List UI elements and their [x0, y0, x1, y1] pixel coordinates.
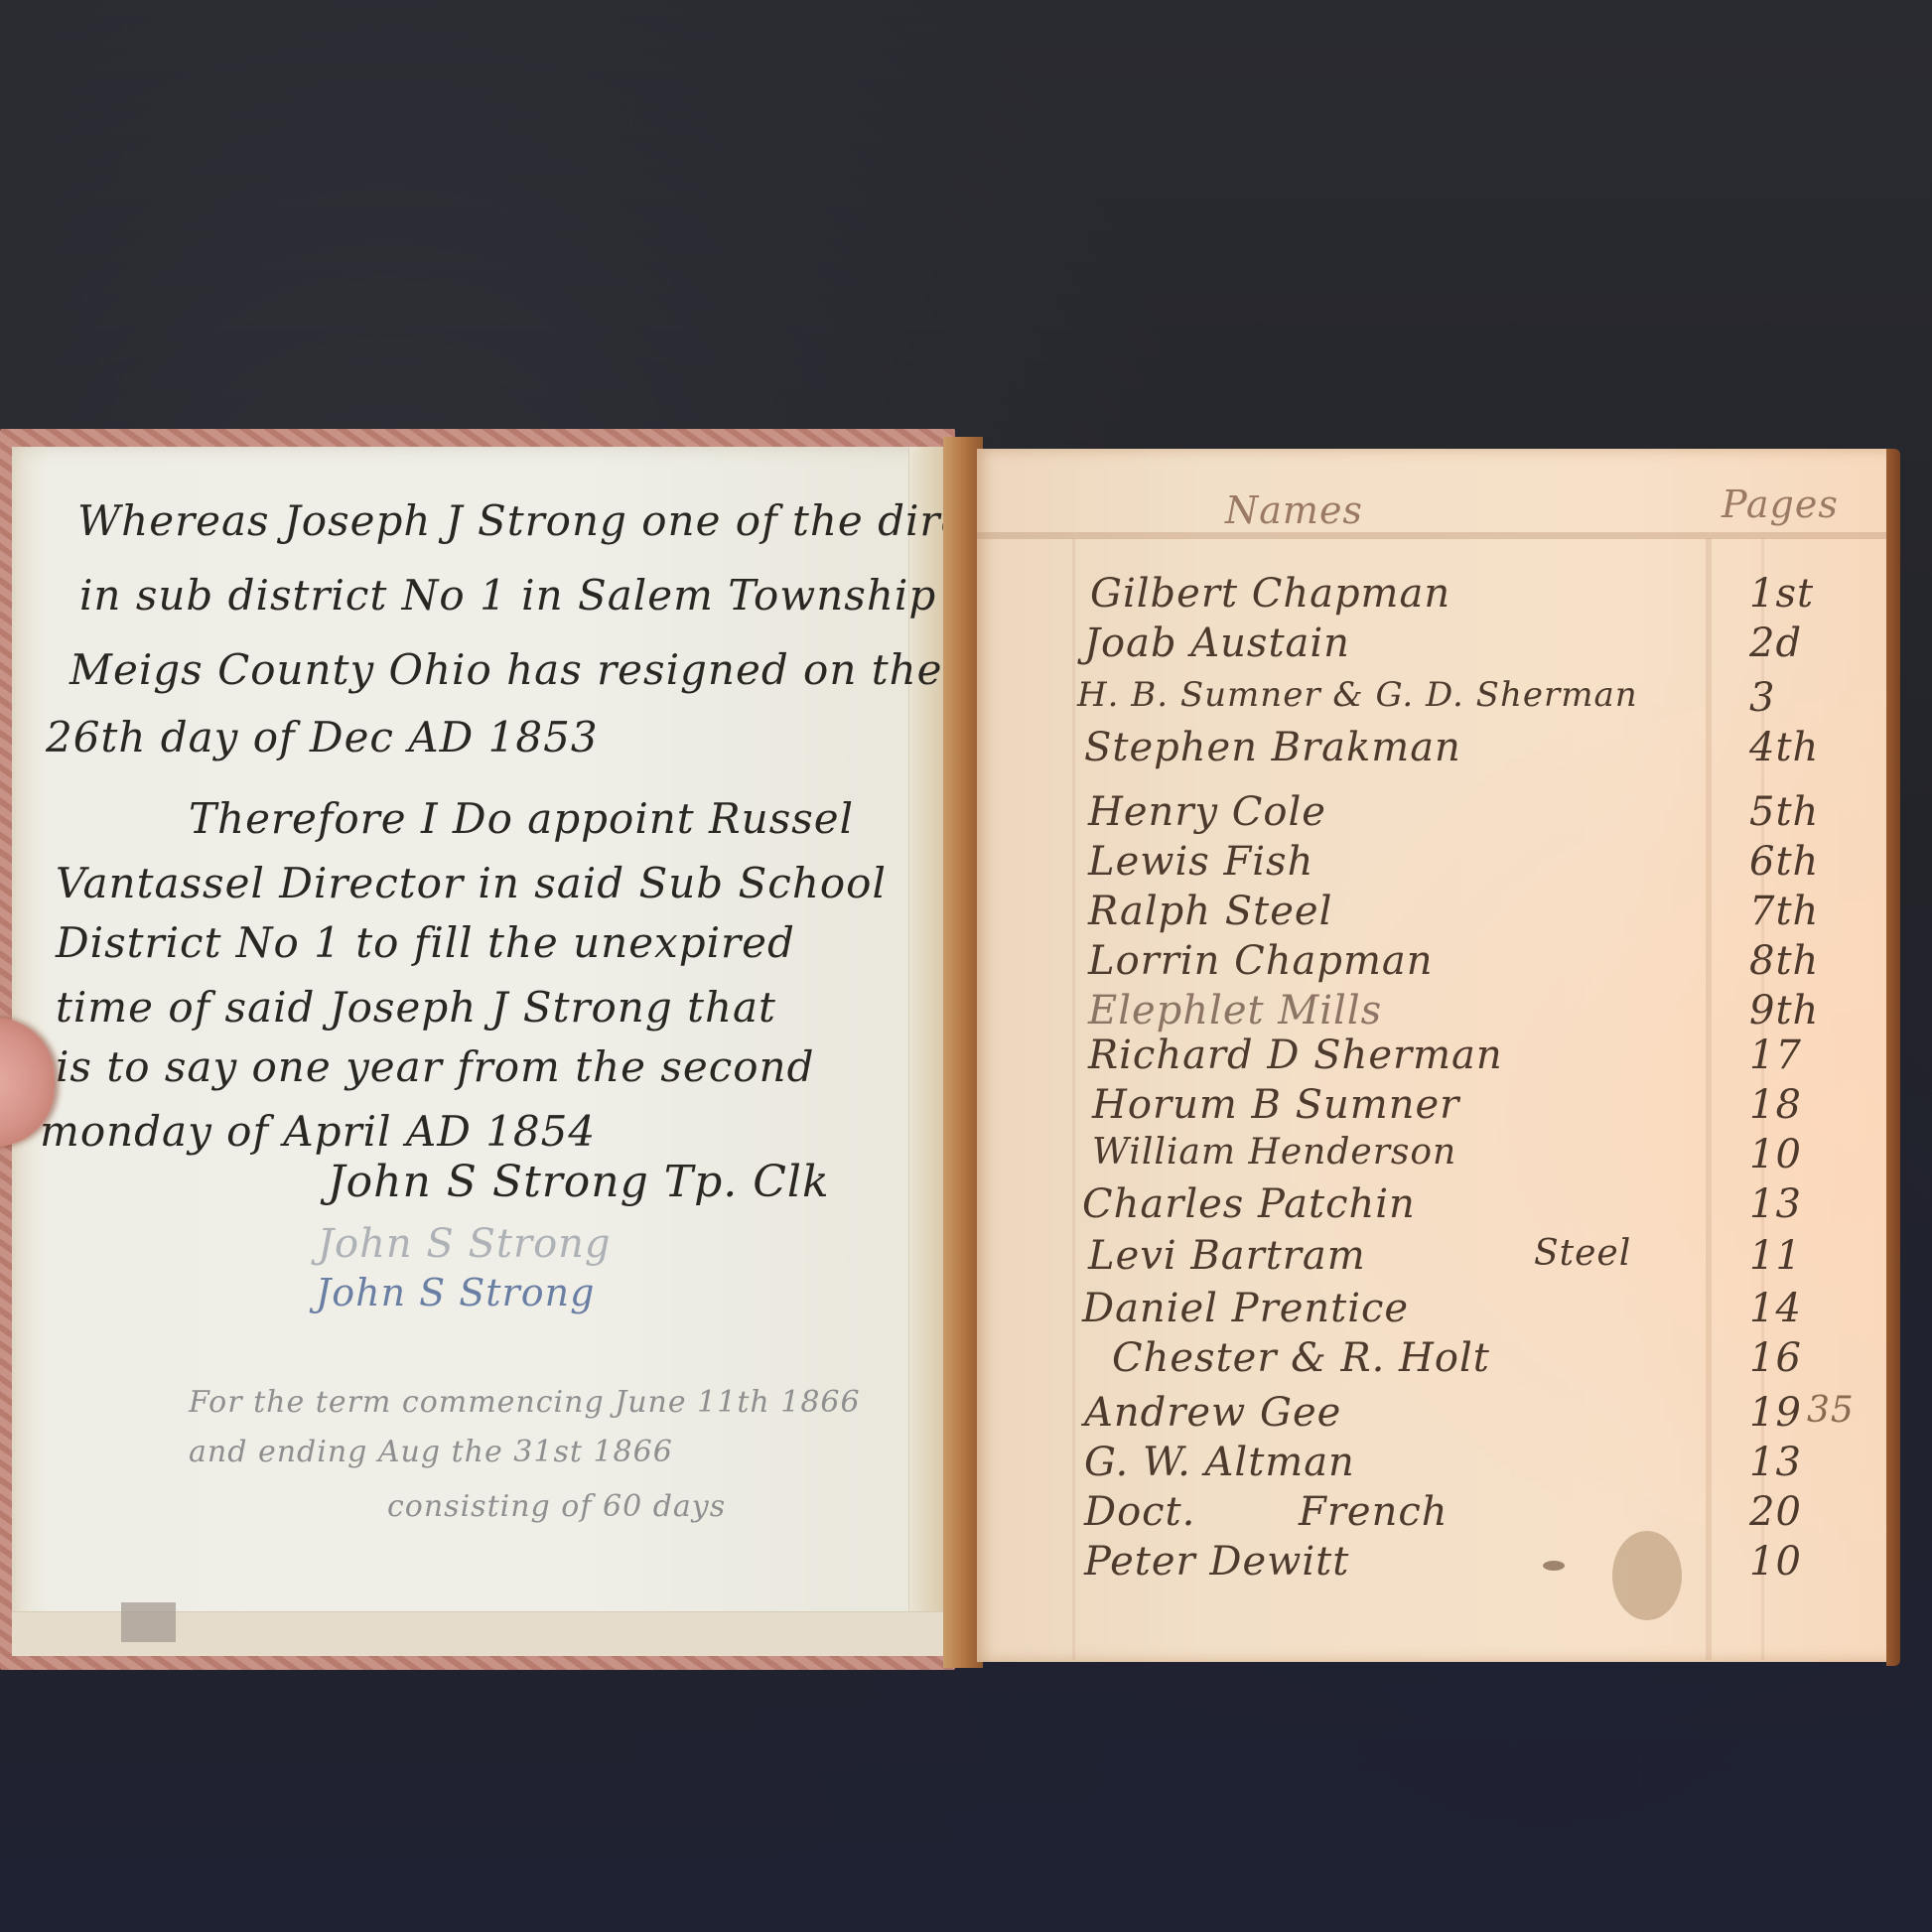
appointment-line: District No 1 to fill the unexpired: [56, 918, 795, 967]
entry-page: 1st: [1749, 571, 1814, 617]
entry-page: 13: [1749, 1440, 1802, 1485]
entry-page: 16: [1749, 1335, 1802, 1381]
torn-patch: [121, 1602, 176, 1642]
appointment-line: Whereas Joseph J Strong one of the direc…: [77, 496, 1009, 545]
entry-page: 13: [1749, 1181, 1802, 1227]
entry-name: G. W. Altman: [1084, 1440, 1355, 1485]
pages-header: Pages: [1722, 483, 1839, 526]
term-note-line: and ending Aug the 31st 1866: [189, 1435, 673, 1469]
margin-rule: [1072, 538, 1075, 1660]
entry-name: William Henderson: [1092, 1132, 1456, 1173]
entry-name: Henry Cole: [1088, 789, 1326, 835]
entry-page: 5th: [1749, 789, 1819, 835]
entry-page: 9th: [1749, 988, 1819, 1034]
entry-name: Chester & R. Holt: [1112, 1335, 1490, 1381]
right-cover-edge: [1886, 449, 1900, 1666]
appointment-line: Therefore I Do appoint Russel: [189, 794, 854, 843]
entry-name: Daniel Prentice: [1082, 1286, 1409, 1331]
entry-name: Gilbert Chapman: [1090, 571, 1450, 617]
inserted-sheet-edge: [908, 447, 947, 1656]
appointment-line: 26th day of Dec AD 1853: [46, 713, 599, 761]
entry-page: 18: [1749, 1082, 1802, 1128]
entry-page: 19: [1749, 1390, 1802, 1436]
entry-name: Joab Austain: [1084, 621, 1350, 666]
entry-name: H. B. Sumner & G. D. Sherman: [1077, 675, 1638, 715]
entry-name: Lewis Fish: [1088, 839, 1313, 885]
term-note-line: consisting of 60 days: [387, 1489, 726, 1524]
entry-name: Stephen Brakman: [1084, 725, 1461, 770]
entry-name: Levi Bartram: [1088, 1233, 1366, 1279]
entry-name: Richard D Sherman: [1088, 1033, 1503, 1078]
entry-page: 4th: [1749, 725, 1819, 770]
ink-stain: [1612, 1531, 1682, 1620]
entry-name: Lorrin Chapman: [1088, 938, 1434, 984]
entry-annotation: Steel: [1534, 1233, 1631, 1274]
ink-blot: [1543, 1561, 1565, 1571]
clerk-signature: John S Strong Tp. Clk: [328, 1157, 830, 1207]
appointment-line: is to say one year from the second: [56, 1042, 815, 1091]
entry-page: 8th: [1749, 938, 1819, 984]
faint-signature: John S Strong: [318, 1221, 612, 1267]
open-ledger-book: Whereas Joseph J Strong one of the direc…: [0, 0, 1932, 1932]
entry-page: 20: [1749, 1489, 1802, 1535]
entry-page: 10: [1749, 1132, 1802, 1177]
entry-page: 11: [1749, 1233, 1802, 1279]
page-column-rule: [1706, 538, 1712, 1660]
entry-name: Peter Dewitt: [1084, 1539, 1349, 1585]
entry-page: 10: [1749, 1539, 1802, 1585]
entry-name: Andrew Gee: [1084, 1390, 1341, 1436]
entry-annotation: 35: [1807, 1390, 1855, 1431]
appointment-line: time of said Joseph J Strong that: [56, 983, 776, 1032]
entry-page: 3: [1749, 675, 1775, 721]
entry-name: Doct. French: [1084, 1489, 1449, 1535]
entry-name: Ralph Steel: [1088, 889, 1332, 934]
appointment-line: Vantassel Director in said Sub School: [56, 859, 887, 907]
term-note-line: For the term commencing June 11th 1866: [189, 1385, 861, 1420]
appointment-line: monday of April AD 1854: [40, 1107, 596, 1156]
appointment-line: Meigs County Ohio has resigned on the: [69, 645, 943, 694]
names-header: Names: [1225, 488, 1363, 532]
appointment-line: in sub district No 1 in Salem Township: [79, 571, 936, 620]
entry-page: 14: [1749, 1286, 1802, 1331]
entry-name: Elephlet Mills: [1088, 988, 1382, 1034]
header-rule: [977, 532, 1894, 539]
entry-page: 6th: [1749, 839, 1819, 885]
entry-page: 2d: [1749, 621, 1802, 666]
entry-name: Charles Patchin: [1082, 1181, 1416, 1227]
entry-page: 17: [1749, 1033, 1802, 1078]
entry-name: Horum B Sumner: [1092, 1082, 1459, 1128]
blue-signature: John S Strong: [316, 1271, 595, 1314]
entry-page: 7th: [1749, 889, 1819, 934]
